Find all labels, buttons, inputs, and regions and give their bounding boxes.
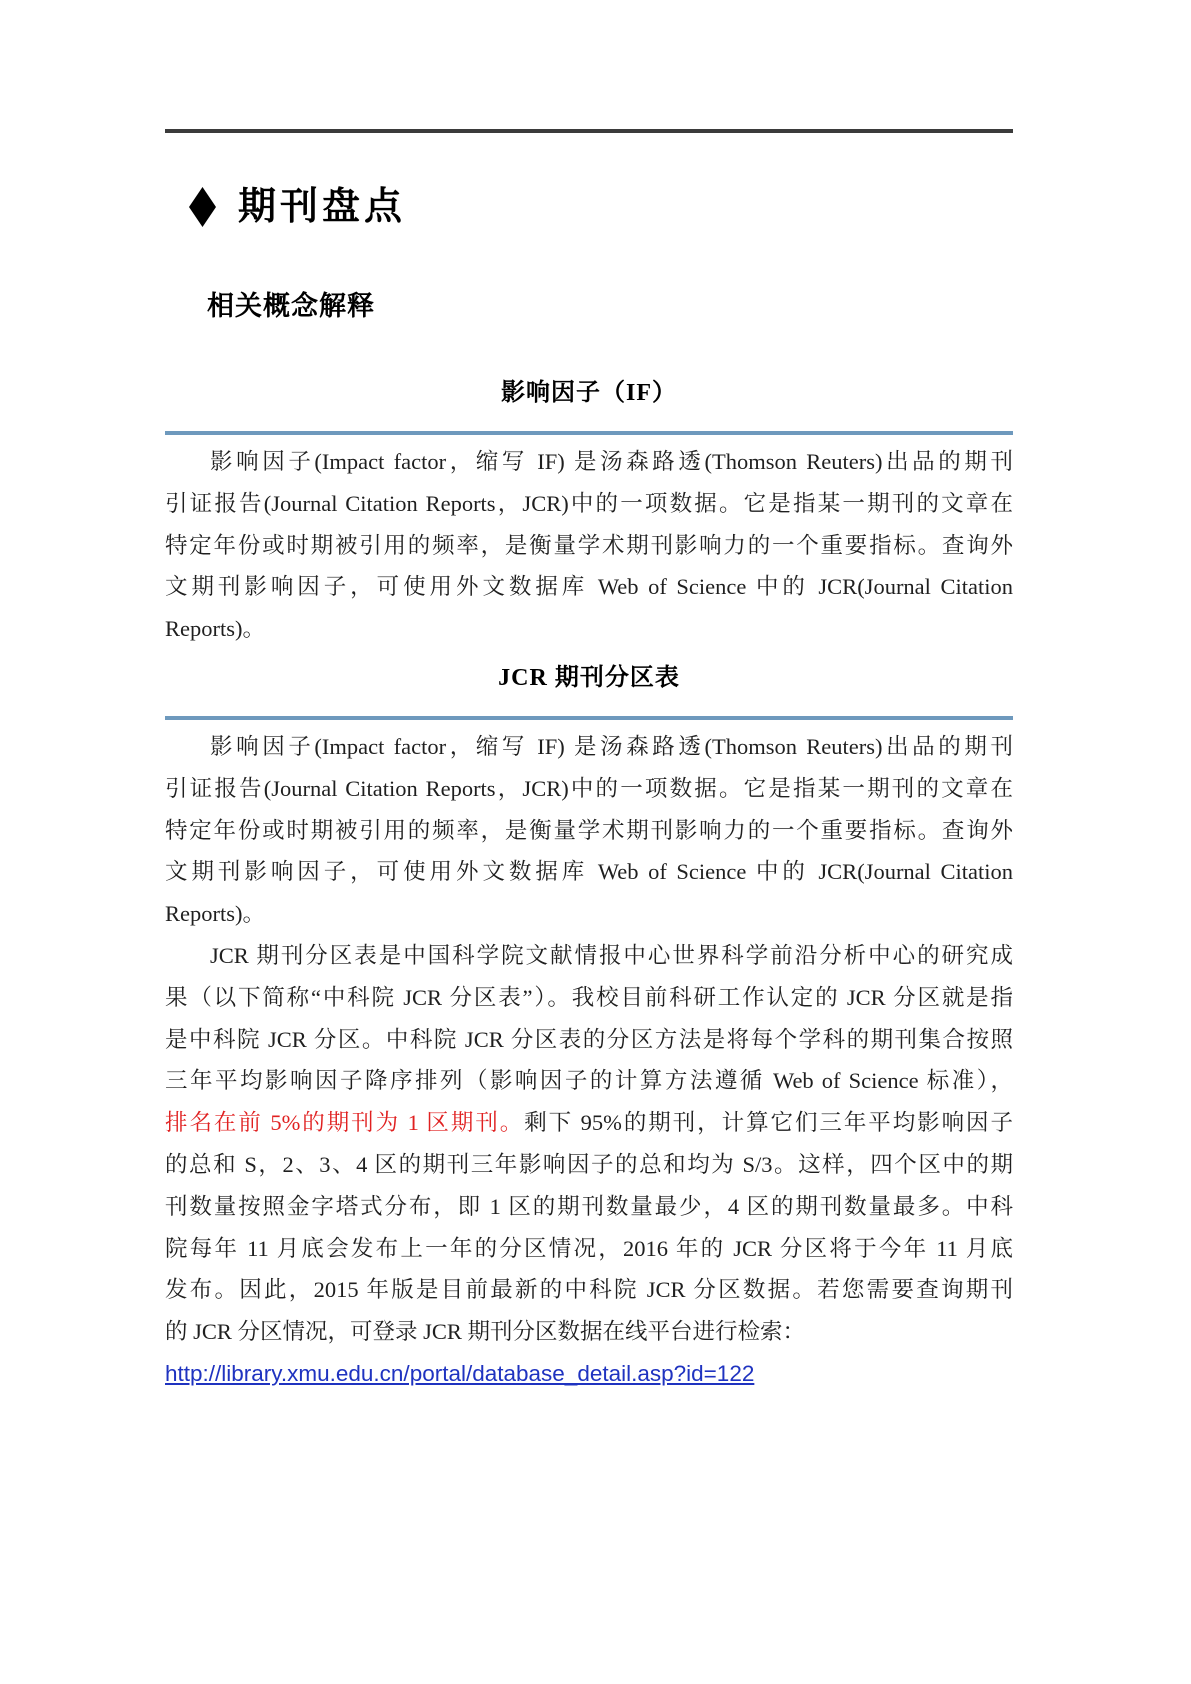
text-run: 剩下 95%的期刊，计算它们三年平均影响因子 — [524, 1110, 1013, 1135]
text-line: 三年平均影响因子降序排列（影响因子的计算方法遵循 Web of Science … — [165, 1060, 1013, 1102]
text-run: 的 JCR 分区情况，可登录 JCR 期刊分区数据在线平台进行检索： — [165, 1319, 805, 1344]
text-run: 果（以下简称“中科院 JCR 分区表”）。我校目前科研工作认定的 JCR 分区就… — [165, 985, 1013, 1010]
page-title-text: 期刊盘点 — [238, 183, 406, 231]
text-line: 的总和 S，2、3、4 区的期刊三年影响因子的总和均为 S/3。这样，四个区中的… — [165, 1144, 1013, 1186]
page-title: 期刊盘点 — [165, 183, 1013, 231]
text-run: 引证报告(Journal Citation Reports，JCR)中的一项数据… — [165, 776, 1013, 801]
text-line: 果（以下简称“中科院 JCR 分区表”）。我校目前科研工作认定的 JCR 分区就… — [165, 977, 1013, 1019]
text-line: 特定年份或时期被引用的频率，是衡量学术期刊影响力的一个重要指标。查询外 — [165, 810, 1013, 852]
text-line: 特定年份或时期被引用的频率，是衡量学术期刊影响力的一个重要指标。查询外 — [165, 525, 1013, 567]
text-run: 的总和 S，2、3、4 区的期刊三年影响因子的总和均为 S/3。这样，四个区中的… — [165, 1152, 1013, 1177]
diamond-bullet-icon — [189, 187, 216, 227]
paragraph-impact-factor: 影响因子(Impact factor，缩写 IF) 是汤森路透(Thomson … — [165, 441, 1013, 650]
text-line: 影响因子(Impact factor，缩写 IF) 是汤森路透(Thomson … — [165, 441, 1013, 483]
text-line: 影响因子(Impact factor，缩写 IF) 是汤森路透(Thomson … — [165, 726, 1013, 768]
section-divider-rule — [165, 716, 1013, 720]
text-run: 特定年份或时期被引用的频率，是衡量学术期刊影响力的一个重要指标。查询外 — [165, 533, 1013, 558]
section-divider-rule — [165, 431, 1013, 435]
text-run: 三年平均影响因子降序排列（影响因子的计算方法遵循 Web of Science … — [165, 1068, 1013, 1093]
text-line: 发布。因此，2015 年版是目前最新的中科院 JCR 分区数据。若您需要查询期刊 — [165, 1269, 1013, 1311]
paragraph-jcr-partition: JCR 期刊分区表是中国科学院文献情报中心世界科学前沿分析中心的研究成果（以下简… — [165, 935, 1013, 1353]
text-line: Reports)。 — [165, 608, 1013, 650]
jcr-platform-link-line: http://library.xmu.edu.cn/portal/databas… — [165, 1353, 1013, 1398]
text-run: 发布。因此，2015 年版是目前最新的中科院 JCR 分区数据。若您需要查询期刊 — [165, 1277, 1013, 1302]
text-line: 引证报告(Journal Citation Reports，JCR)中的一项数据… — [165, 483, 1013, 525]
jcr-platform-link[interactable]: http://library.xmu.edu.cn/portal/databas… — [165, 1361, 754, 1386]
paragraph-impact-factor-repeat: 影响因子(Impact factor，缩写 IF) 是汤森路透(Thomson … — [165, 726, 1013, 935]
text-line: Reports)。 — [165, 893, 1013, 935]
text-run: 刊数量按照金字塔式分布，即 1 区的期刊数量最少，4 区的期刊数量最多。中科 — [165, 1194, 1013, 1219]
text-line: 刊数量按照金字塔式分布，即 1 区的期刊数量最少，4 区的期刊数量最多。中科 — [165, 1186, 1013, 1228]
document-page: 期刊盘点 相关概念解释 影响因子（IF） 影响因子(Impact factor，… — [0, 0, 1191, 1684]
text-line: 引证报告(Journal Citation Reports，JCR)中的一项数据… — [165, 768, 1013, 810]
text-run: 文期刊影响因子，可使用外文数据库 Web of Science 中的 JCR(J… — [165, 859, 1013, 884]
text-line: 排名在前 5%的期刊为 1 区期刊。剩下 95%的期刊，计算它们三年平均影响因子 — [165, 1102, 1013, 1144]
text-line: 是中科院 JCR 分区。中科院 JCR 分区表的分区方法是将每个学科的期刊集合按… — [165, 1019, 1013, 1061]
text-run: 引证报告(Journal Citation Reports，JCR)中的一项数据… — [165, 491, 1013, 516]
section-heading-impact-factor: 影响因子（IF） — [165, 377, 1013, 409]
text-line: 的 JCR 分区情况，可登录 JCR 期刊分区数据在线平台进行检索： — [165, 1311, 1013, 1353]
text-run: Reports)。 — [165, 616, 265, 641]
text-run: 影响因子(Impact factor，缩写 IF) 是汤森路透(Thomson … — [210, 449, 1013, 474]
text-run: Reports)。 — [165, 901, 265, 926]
text-line: 院每年 11 月底会发布上一年的分区情况，2016 年的 JCR 分区将于今年 … — [165, 1228, 1013, 1270]
text-line: 文期刊影响因子，可使用外文数据库 Web of Science 中的 JCR(J… — [165, 851, 1013, 893]
text-run: 院每年 11 月底会发布上一年的分区情况，2016 年的 JCR 分区将于今年 … — [165, 1236, 1013, 1261]
page-subtitle: 相关概念解释 — [165, 289, 1013, 323]
text-run: 是中科院 JCR 分区。中科院 JCR 分区表的分区方法是将每个学科的期刊集合按… — [165, 1027, 1013, 1052]
highlight-red-text: 排名在前 5%的期刊为 1 区期刊。 — [165, 1110, 524, 1135]
section-heading-jcr-partition: JCR 期刊分区表 — [165, 662, 1013, 694]
text-run: 文期刊影响因子，可使用外文数据库 Web of Science 中的 JCR(J… — [165, 574, 1013, 599]
text-run: 特定年份或时期被引用的频率，是衡量学术期刊影响力的一个重要指标。查询外 — [165, 818, 1013, 843]
page-content: 期刊盘点 相关概念解释 影响因子（IF） 影响因子(Impact factor，… — [165, 0, 1013, 1398]
text-line: 文期刊影响因子，可使用外文数据库 Web of Science 中的 JCR(J… — [165, 566, 1013, 608]
text-run: JCR 期刊分区表是中国科学院文献情报中心世界科学前沿分析中心的研究成 — [210, 943, 1013, 968]
text-run: 影响因子(Impact factor，缩写 IF) 是汤森路透(Thomson … — [210, 734, 1013, 759]
text-line: JCR 期刊分区表是中国科学院文献情报中心世界科学前沿分析中心的研究成 — [165, 935, 1013, 977]
header-rule — [165, 129, 1013, 133]
